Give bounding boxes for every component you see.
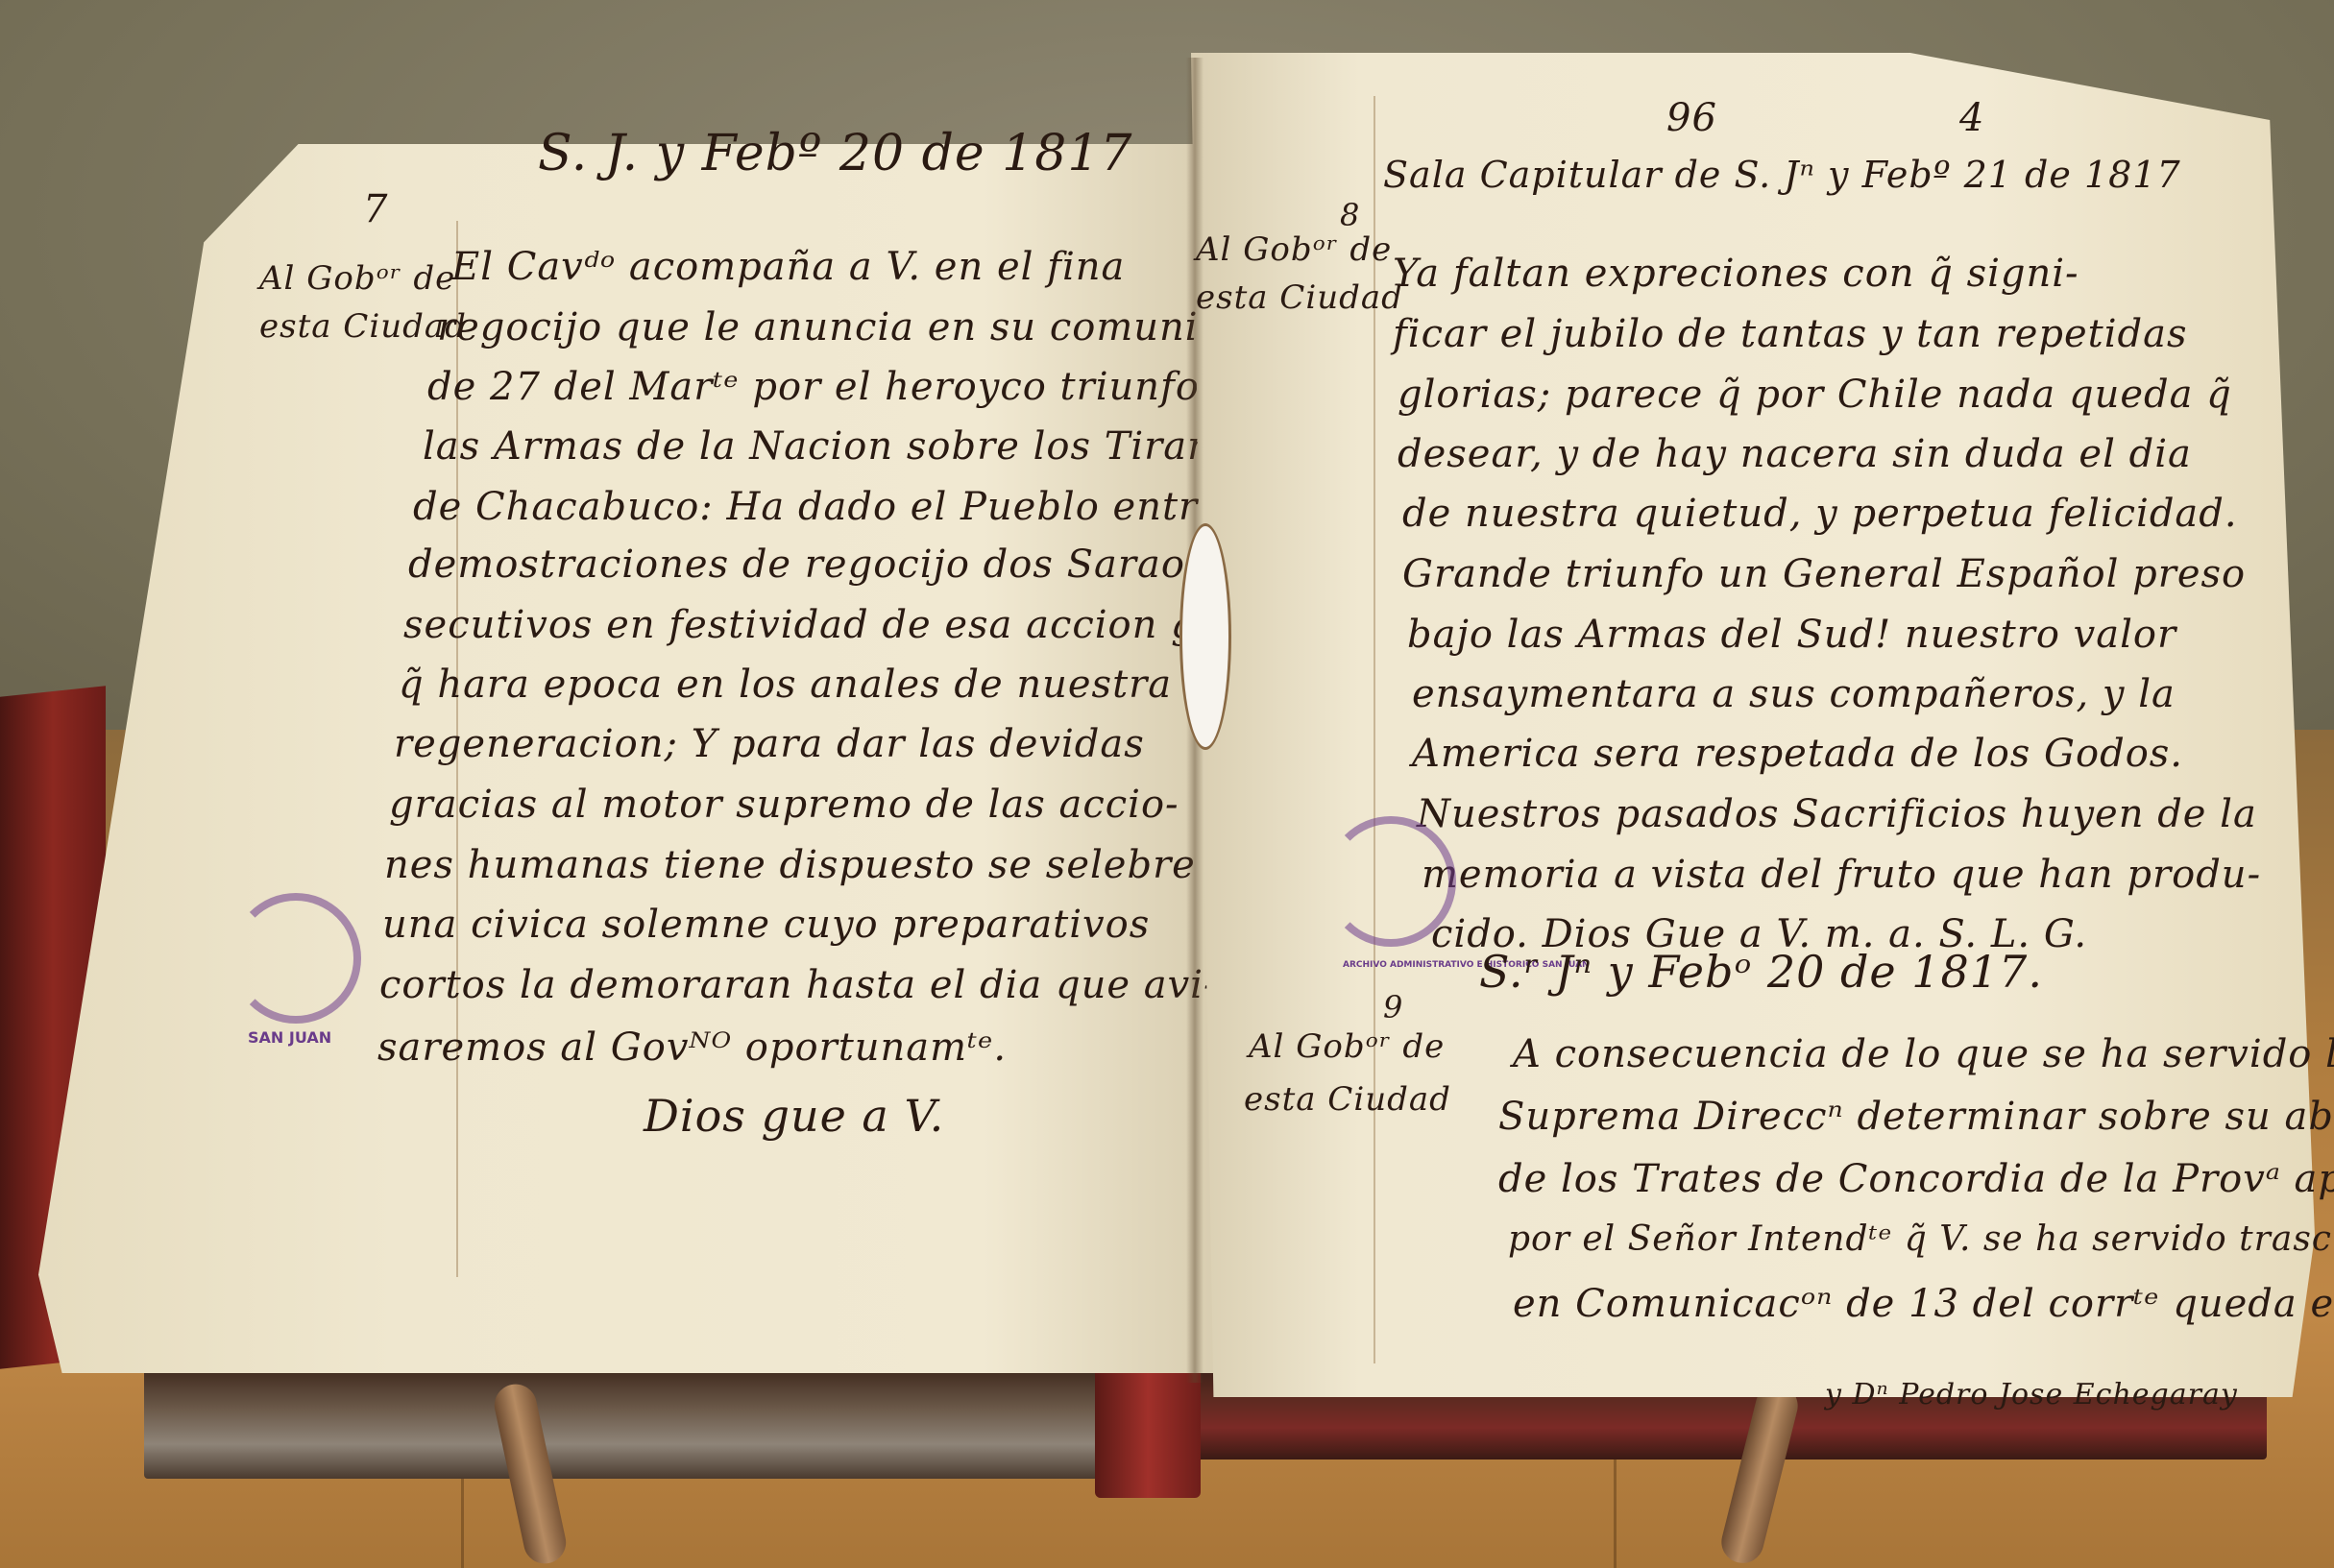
text-line: cortos la demoraran hasta el dia que avi… bbox=[379, 963, 1217, 1007]
folio-number: 7 bbox=[363, 187, 388, 231]
text-line: gracias al motor supremo de las accio- bbox=[389, 783, 1179, 827]
text-line: demostraciones de regocijo dos Saraos co… bbox=[408, 543, 1305, 587]
text-line: en Comunicacᵒⁿ de 13 del corrᵗᵉ queda en… bbox=[1513, 1282, 2334, 1326]
text-line: glorias; parece q̃ por Chile nada queda … bbox=[1398, 373, 2232, 417]
signature: y Dⁿ Pedro Jose Echegaray bbox=[1825, 1378, 2238, 1411]
margin-note: esta Ciudad bbox=[1244, 1080, 1451, 1119]
text-line: regocijo que le anuncia en su comunicaᵒⁿ bbox=[437, 305, 1276, 350]
book-page-block-left bbox=[144, 1363, 1105, 1479]
text-line: Nuestros pasados Sacrificios huyen de la bbox=[1417, 792, 2257, 836]
stamp-text: SAN JUAN bbox=[248, 1028, 331, 1047]
text-line: El Cavᵈᵒ acompaña a V. en el fina bbox=[451, 245, 1125, 289]
margin-number: 8 bbox=[1340, 197, 1360, 233]
text-line: ensaymentara a sus compañeros, y la bbox=[1412, 672, 2176, 716]
margin-note: Al Gobᵒʳ de bbox=[1249, 1027, 1445, 1066]
page-heading: S. J. y Febº 20 de 1817 bbox=[538, 125, 1133, 182]
text-line: A consecuencia de lo que se ha servido l… bbox=[1513, 1032, 2334, 1076]
page-heading: Sala Capitular de S. Jⁿ y Febº 21 de 181… bbox=[1383, 154, 2181, 196]
folio-number: 4 bbox=[1959, 96, 1984, 140]
text-line: Ya faltan expreciones con q̃ signi- bbox=[1393, 252, 2079, 296]
page-number: 96 bbox=[1666, 96, 1717, 140]
archive-stamp: SAN JUAN bbox=[231, 893, 361, 1024]
text-line: de nuestra quietud, y perpetua felicidad… bbox=[1402, 492, 2238, 536]
text-line: una civica solemne cuyo preparativos bbox=[382, 903, 1150, 947]
text-line: bajo las Armas del Sud! nuestro valor bbox=[1407, 613, 2176, 657]
text-line: desear, y de hay nacera sin duda el dia bbox=[1398, 432, 2192, 476]
text-line: regeneracion; Y para dar las devidas bbox=[394, 722, 1145, 766]
text-line: memoria a vista del fruto que han produ- bbox=[1422, 853, 2261, 897]
text-line: de 27 del Marᵗᵉ por el heroyco triunfo d… bbox=[427, 365, 1262, 409]
text-line: de los Trates de Concordia de la Provᵃ a… bbox=[1498, 1157, 2334, 1201]
text-line: q̃ hara epoca en los anales de nuestra bbox=[399, 663, 1172, 707]
margin-number: 9 bbox=[1383, 989, 1403, 1025]
text-line: America sera respetada de los Godos. bbox=[1412, 732, 2183, 776]
margin-note: esta Ciudad bbox=[1196, 278, 1403, 317]
archive-stamp: ARCHIVO ADMINISTRATIVO E HISTORICO SAN J… bbox=[1325, 816, 1456, 947]
text-line: por el Señor Intendᵗᵉ q̃ V. se ha servid… bbox=[1508, 1219, 2334, 1259]
margin-note: Al Gobᵒʳ de bbox=[259, 259, 455, 298]
closing-line: Dios gue a V. bbox=[644, 1090, 944, 1142]
margin-note: Al Gobᵒʳ de bbox=[1196, 230, 1392, 269]
paper-tear bbox=[1179, 523, 1231, 750]
text-line: las Armas de la Nacion sobre los Tiranos bbox=[423, 424, 1258, 469]
text-line: saremos al Govᴺᴼ oportunamᵗᵉ. bbox=[377, 1025, 1007, 1070]
text-line: nes humanas tiene dispuesto se selebre bbox=[384, 843, 1196, 887]
text-line: ficar el jubilo de tantas y tan repetida… bbox=[1393, 312, 2187, 356]
text-line: Grande triunfo un General Español preso bbox=[1402, 552, 2246, 596]
margin-note: esta Ciudad bbox=[259, 307, 467, 346]
text-line: Suprema Direccⁿ determinar sobre su abol… bbox=[1498, 1095, 2334, 1139]
section-heading: S.ʳ Jⁿ y Febᵒ 20 de 1817. bbox=[1479, 946, 2043, 998]
